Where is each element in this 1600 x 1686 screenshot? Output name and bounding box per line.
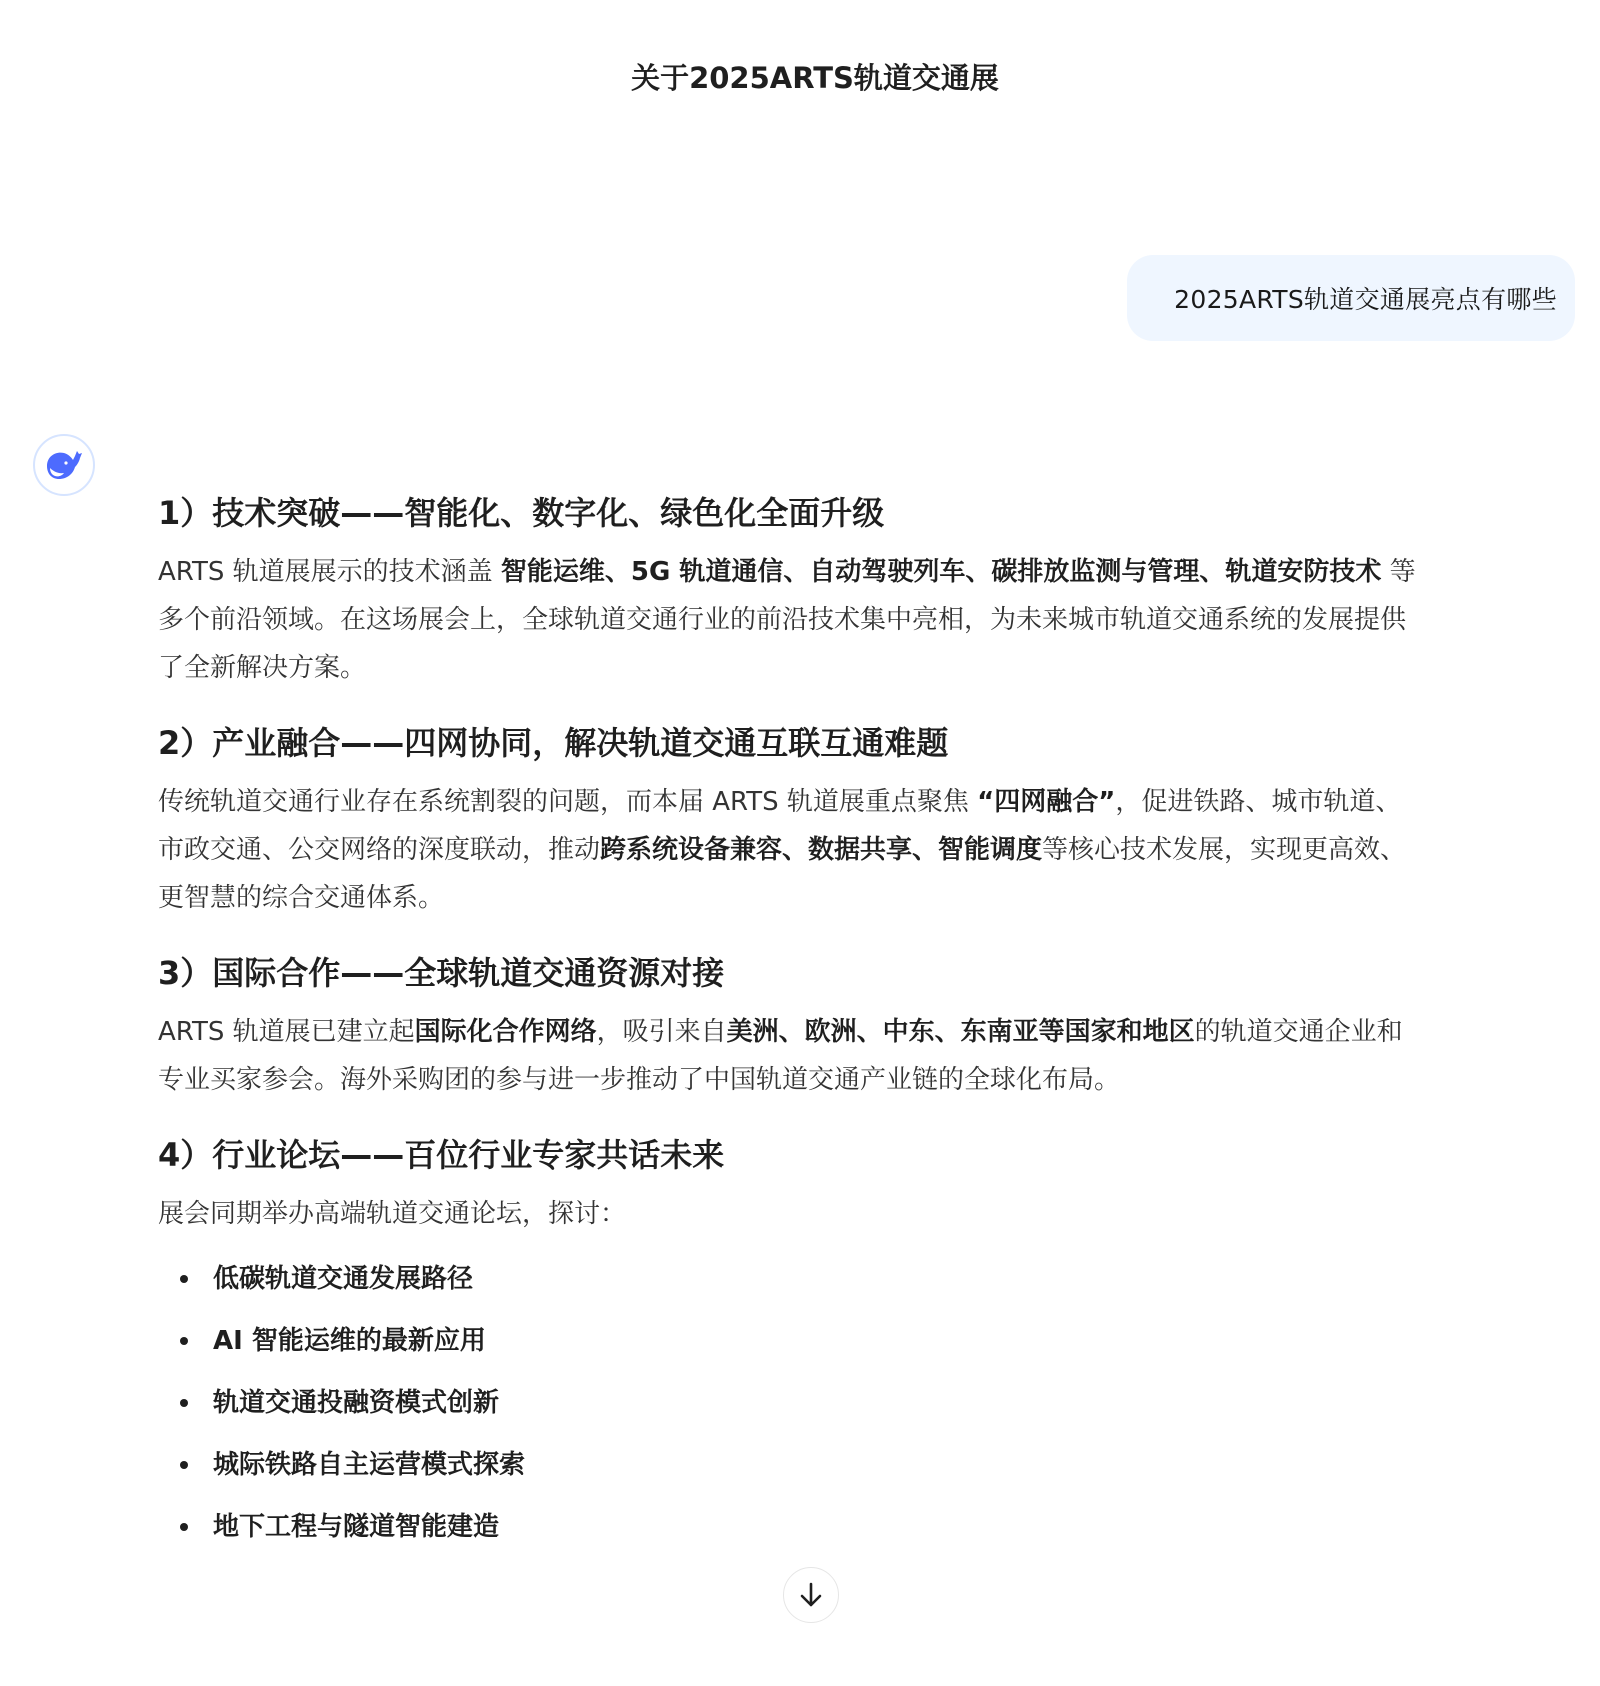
text-run: 传统轨道交通行业存在系统割裂的问题，而本届 ARTS 轨道展重点聚焦 [158, 787, 977, 817]
forum-topics-list: 低碳轨道交通发展路径 AI 智能运维的最新应用 轨道交通投融资模式创新 城际铁路… [158, 1248, 1423, 1558]
section-heading: 2）产业融合——四网协同，解决轨道交通互联互通难题 [158, 718, 1423, 768]
bold-run: 跨系统设备兼容、数据共享、智能调度 [600, 835, 1042, 865]
section-heading: 1）技术突破——智能化、数字化、绿色化全面升级 [158, 488, 1423, 538]
section-body: 展会同期举办高端轨道交通论坛，探讨： [158, 1190, 1423, 1238]
list-item: 轨道交通投融资模式创新 [158, 1372, 1423, 1434]
text-run: 展会同期举办高端轨道交通论坛，探讨： [158, 1199, 626, 1229]
section-heading: 4）行业论坛——百位行业专家共话未来 [158, 1130, 1423, 1180]
answer-section-3: 3）国际合作——全球轨道交通资源对接 ARTS 轨道展已建立起国际化合作网络，吸… [158, 948, 1423, 1104]
list-item: 城际铁路自主运营模式探索 [158, 1434, 1423, 1496]
scroll-to-bottom-button[interactable] [783, 1567, 839, 1623]
deepseek-whale-icon [44, 448, 84, 482]
bold-run: 美洲、欧洲、中东、东南亚等国家和地区 [727, 1017, 1195, 1047]
list-item: AI 智能运维的最新应用 [158, 1310, 1423, 1372]
bold-run: “四网融合” [977, 787, 1115, 817]
assistant-avatar [33, 434, 95, 496]
section-heading: 3）国际合作——全球轨道交通资源对接 [158, 948, 1423, 998]
list-item: 地下工程与隧道智能建造 [158, 1496, 1423, 1558]
assistant-answer: 1）技术突破——智能化、数字化、绿色化全面升级 ARTS 轨道展展示的技术涵盖 … [158, 488, 1423, 1584]
bold-run: 国际化合作网络 [415, 1017, 597, 1047]
answer-section-1: 1）技术突破——智能化、数字化、绿色化全面升级 ARTS 轨道展展示的技术涵盖 … [158, 488, 1423, 692]
answer-section-4: 4）行业论坛——百位行业专家共话未来 展会同期举办高端轨道交通论坛，探讨： 低碳… [158, 1130, 1423, 1558]
user-message-text: 2025ARTS轨道交通展亮点有哪些 [1174, 280, 1557, 316]
arrow-down-icon [798, 1581, 824, 1609]
bold-run: 智能运维、5G 轨道通信、自动驾驶列车、碳排放监测与管理、轨道安防技术 [501, 557, 1381, 587]
text-run: ，吸引来自 [597, 1017, 727, 1047]
text-run: ARTS 轨道展已建立起 [158, 1017, 415, 1047]
user-message-bubble: 2025ARTS轨道交通展亮点有哪些 [1127, 255, 1575, 341]
list-item: 低碳轨道交通发展路径 [158, 1248, 1423, 1310]
section-body: ARTS 轨道展已建立起国际化合作网络，吸引来自美洲、欧洲、中东、东南亚等国家和… [158, 1008, 1423, 1104]
section-body: ARTS 轨道展展示的技术涵盖 智能运维、5G 轨道通信、自动驾驶列车、碳排放监… [158, 548, 1423, 692]
bottom-mask [0, 1612, 1600, 1686]
section-body: 传统轨道交通行业存在系统割裂的问题，而本届 ARTS 轨道展重点聚焦 “四网融合… [158, 778, 1423, 922]
conversation-title: 关于2025ARTS轨道交通展 [0, 56, 1600, 100]
answer-section-2: 2）产业融合——四网协同，解决轨道交通互联互通难题 传统轨道交通行业存在系统割裂… [158, 718, 1423, 922]
text-run: ARTS 轨道展展示的技术涵盖 [158, 557, 501, 587]
